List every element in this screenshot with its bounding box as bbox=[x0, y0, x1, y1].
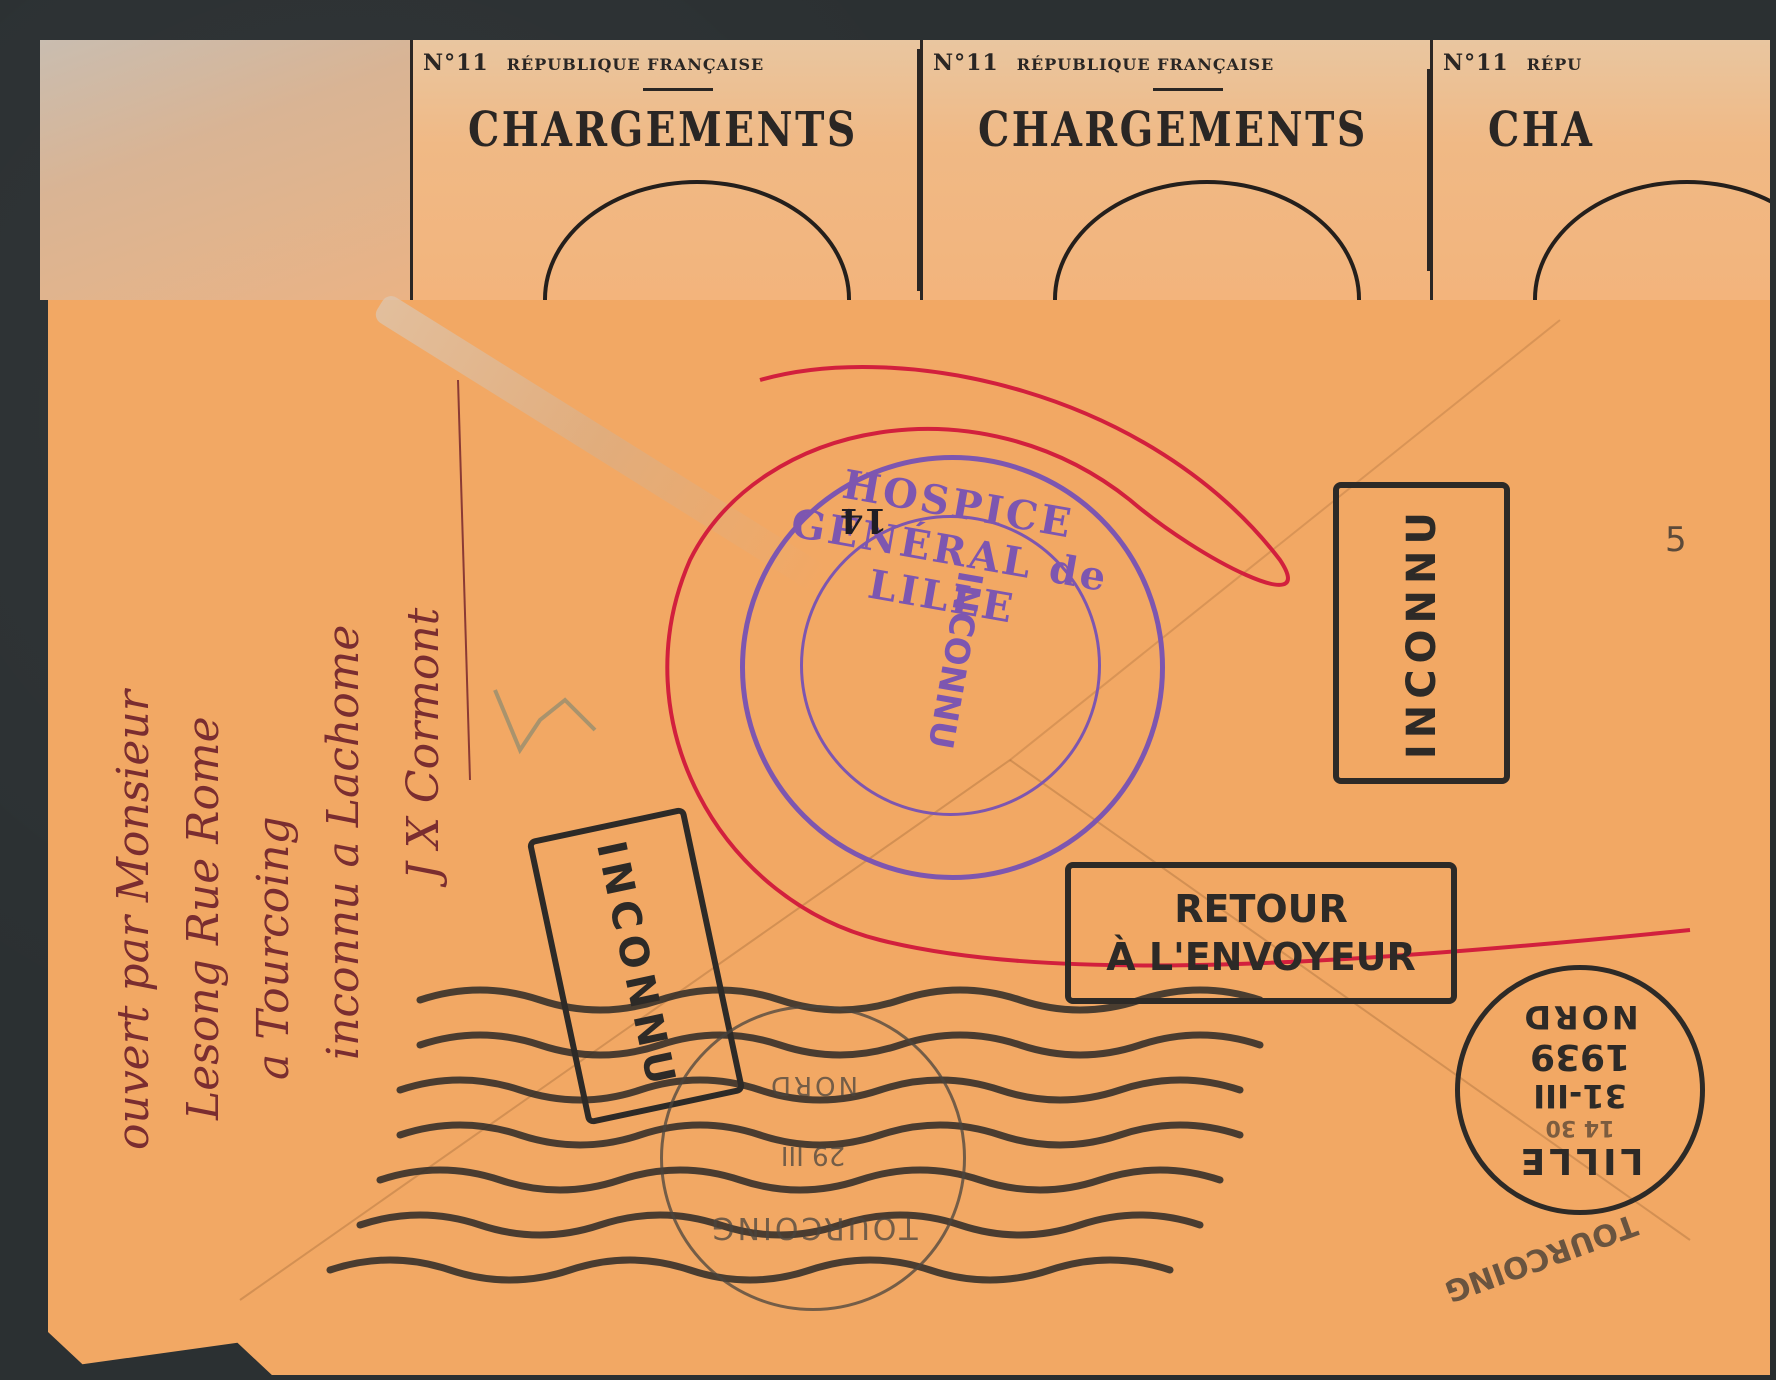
tourcoing-postmark-content: TOURCOING 29 III NORD bbox=[663, 1008, 963, 1308]
postmark-city: TOURCOING bbox=[708, 1211, 917, 1246]
postmark-region: NORD bbox=[768, 1071, 858, 1101]
postmark-date: 29 III bbox=[781, 1141, 845, 1171]
retour-envoyeur-stamp: RETOUR À L'ENVOYEUR bbox=[1065, 862, 1457, 1004]
postmark-year: 1939 bbox=[1530, 1037, 1630, 1078]
pencil-number: 5 bbox=[1665, 520, 1687, 560]
retour-line-1: RETOUR bbox=[1174, 885, 1348, 933]
tourcoing-postmark: TOURCOING 29 III NORD bbox=[660, 1005, 966, 1311]
postmark-region: NORD bbox=[1521, 999, 1638, 1037]
retour-line-2: À L'ENVOYEUR bbox=[1106, 933, 1416, 981]
lille-postmark: LILLE 14 30 31-III 1939 NORD bbox=[1455, 965, 1705, 1215]
hospice-note-number: 14 bbox=[840, 500, 887, 540]
inconnu-stamp-right: INCONNU bbox=[1333, 482, 1510, 784]
postmark-time: 14 30 bbox=[1546, 1116, 1615, 1141]
hospice-general-stamp: HOSPICE GÉNÉRAL de LILLE INCONNU 14 bbox=[740, 455, 1165, 880]
postmark-date: 31-III bbox=[1533, 1078, 1627, 1116]
postmark-city: LILLE bbox=[1517, 1141, 1644, 1182]
inconnu-text-right: INCONNU bbox=[1399, 506, 1445, 759]
lille-postmark-content: LILLE 14 30 31-III 1939 NORD bbox=[1460, 970, 1700, 1210]
